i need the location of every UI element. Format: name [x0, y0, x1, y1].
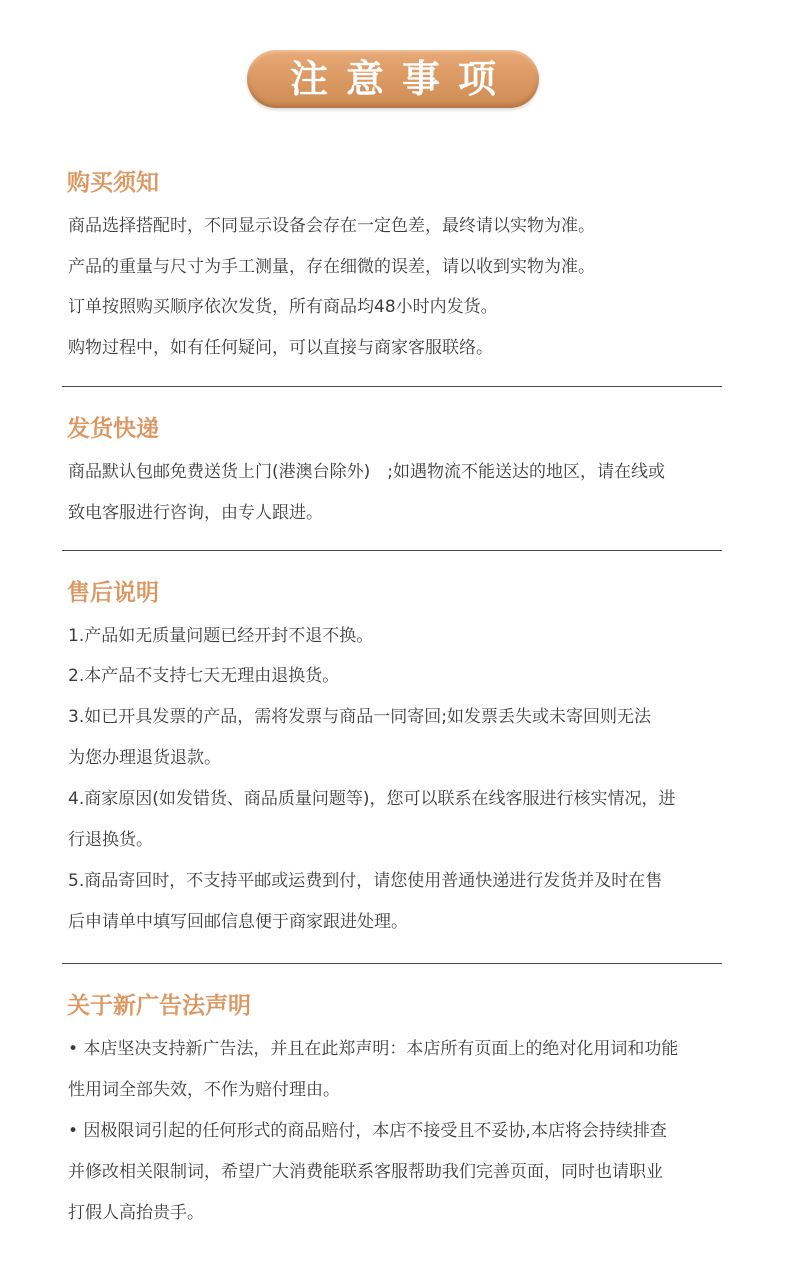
after-sales-line: 2.本产品不支持七天无理由退换货。: [68, 666, 738, 686]
ad-law-line: 打假人高抬贵手。: [68, 1203, 738, 1223]
after-sales-line: 1.产品如无质量问题已经开封不退不换。: [68, 626, 738, 646]
after-sales-line: 为您办理退货退款。: [68, 748, 738, 768]
purchase-note-line: 购物过程中，如有任何疑问，可以直接与商家客服联络。: [68, 338, 738, 358]
after-sales-line: 后申请单中填写回邮信息便于商家跟进处理。: [68, 912, 738, 932]
after-sales-line: 行退换货。: [68, 830, 738, 850]
after-sales-line: 3.如已开具发票的产品，需将发票与商品一同寄回;如发票丢失或未寄回则无法: [68, 707, 738, 727]
banner-title: 注意事项: [290, 60, 514, 98]
shipping-line: 商品默认包邮免费送货上门(港澳台除外) ;如遇物流不能送达的地区，请在线或: [68, 462, 738, 482]
after-sales-line: 4.商家原因(如发错货、商品质量问题等)，您可以联系在线客服进行核实情况，进: [68, 789, 738, 809]
section-title-after-sales: 售后说明: [67, 582, 159, 605]
section-divider: [62, 386, 722, 387]
notice-banner: 注意事项: [247, 50, 539, 108]
section-title-ad-law-statement: 关于新广告法声明: [67, 995, 251, 1018]
section-title-purchase-notes: 购买须知: [67, 172, 159, 195]
ad-law-line: • 因极限词引起的任何形式的商品赔付，本店不接受且不妥协,本店将会持续排查: [68, 1121, 738, 1141]
after-sales-line: 5.商品寄回时，不支持平邮或运费到付，请您使用普通快递进行发货并及时在售: [68, 871, 738, 891]
section-title-shipping: 发货快递: [67, 418, 159, 441]
section-divider: [62, 963, 722, 964]
ad-law-line: 并修改相关限制词，希望广大消费能联系客服帮助我们完善页面，同时也请职业: [68, 1162, 738, 1182]
purchase-note-line: 订单按照购买顺序依次发货，所有商品均48小时内发货。: [68, 297, 738, 317]
shipping-line: 致电客服进行咨询，由专人跟进。: [68, 503, 738, 523]
ad-law-line: 性用词全部失效，不作为赔付理由。: [68, 1080, 738, 1100]
purchase-note-line: 商品选择搭配时，不同显示设备会存在一定色差，最终请以实物为准。: [68, 216, 738, 236]
purchase-note-line: 产品的重量与尺寸为手工测量，存在细微的误差，请以收到实物为准。: [68, 257, 738, 277]
section-divider: [62, 550, 722, 551]
ad-law-line: • 本店坚决支持新广告法，并且在此郑声明：本店所有页面上的绝对化用词和功能: [68, 1039, 738, 1059]
